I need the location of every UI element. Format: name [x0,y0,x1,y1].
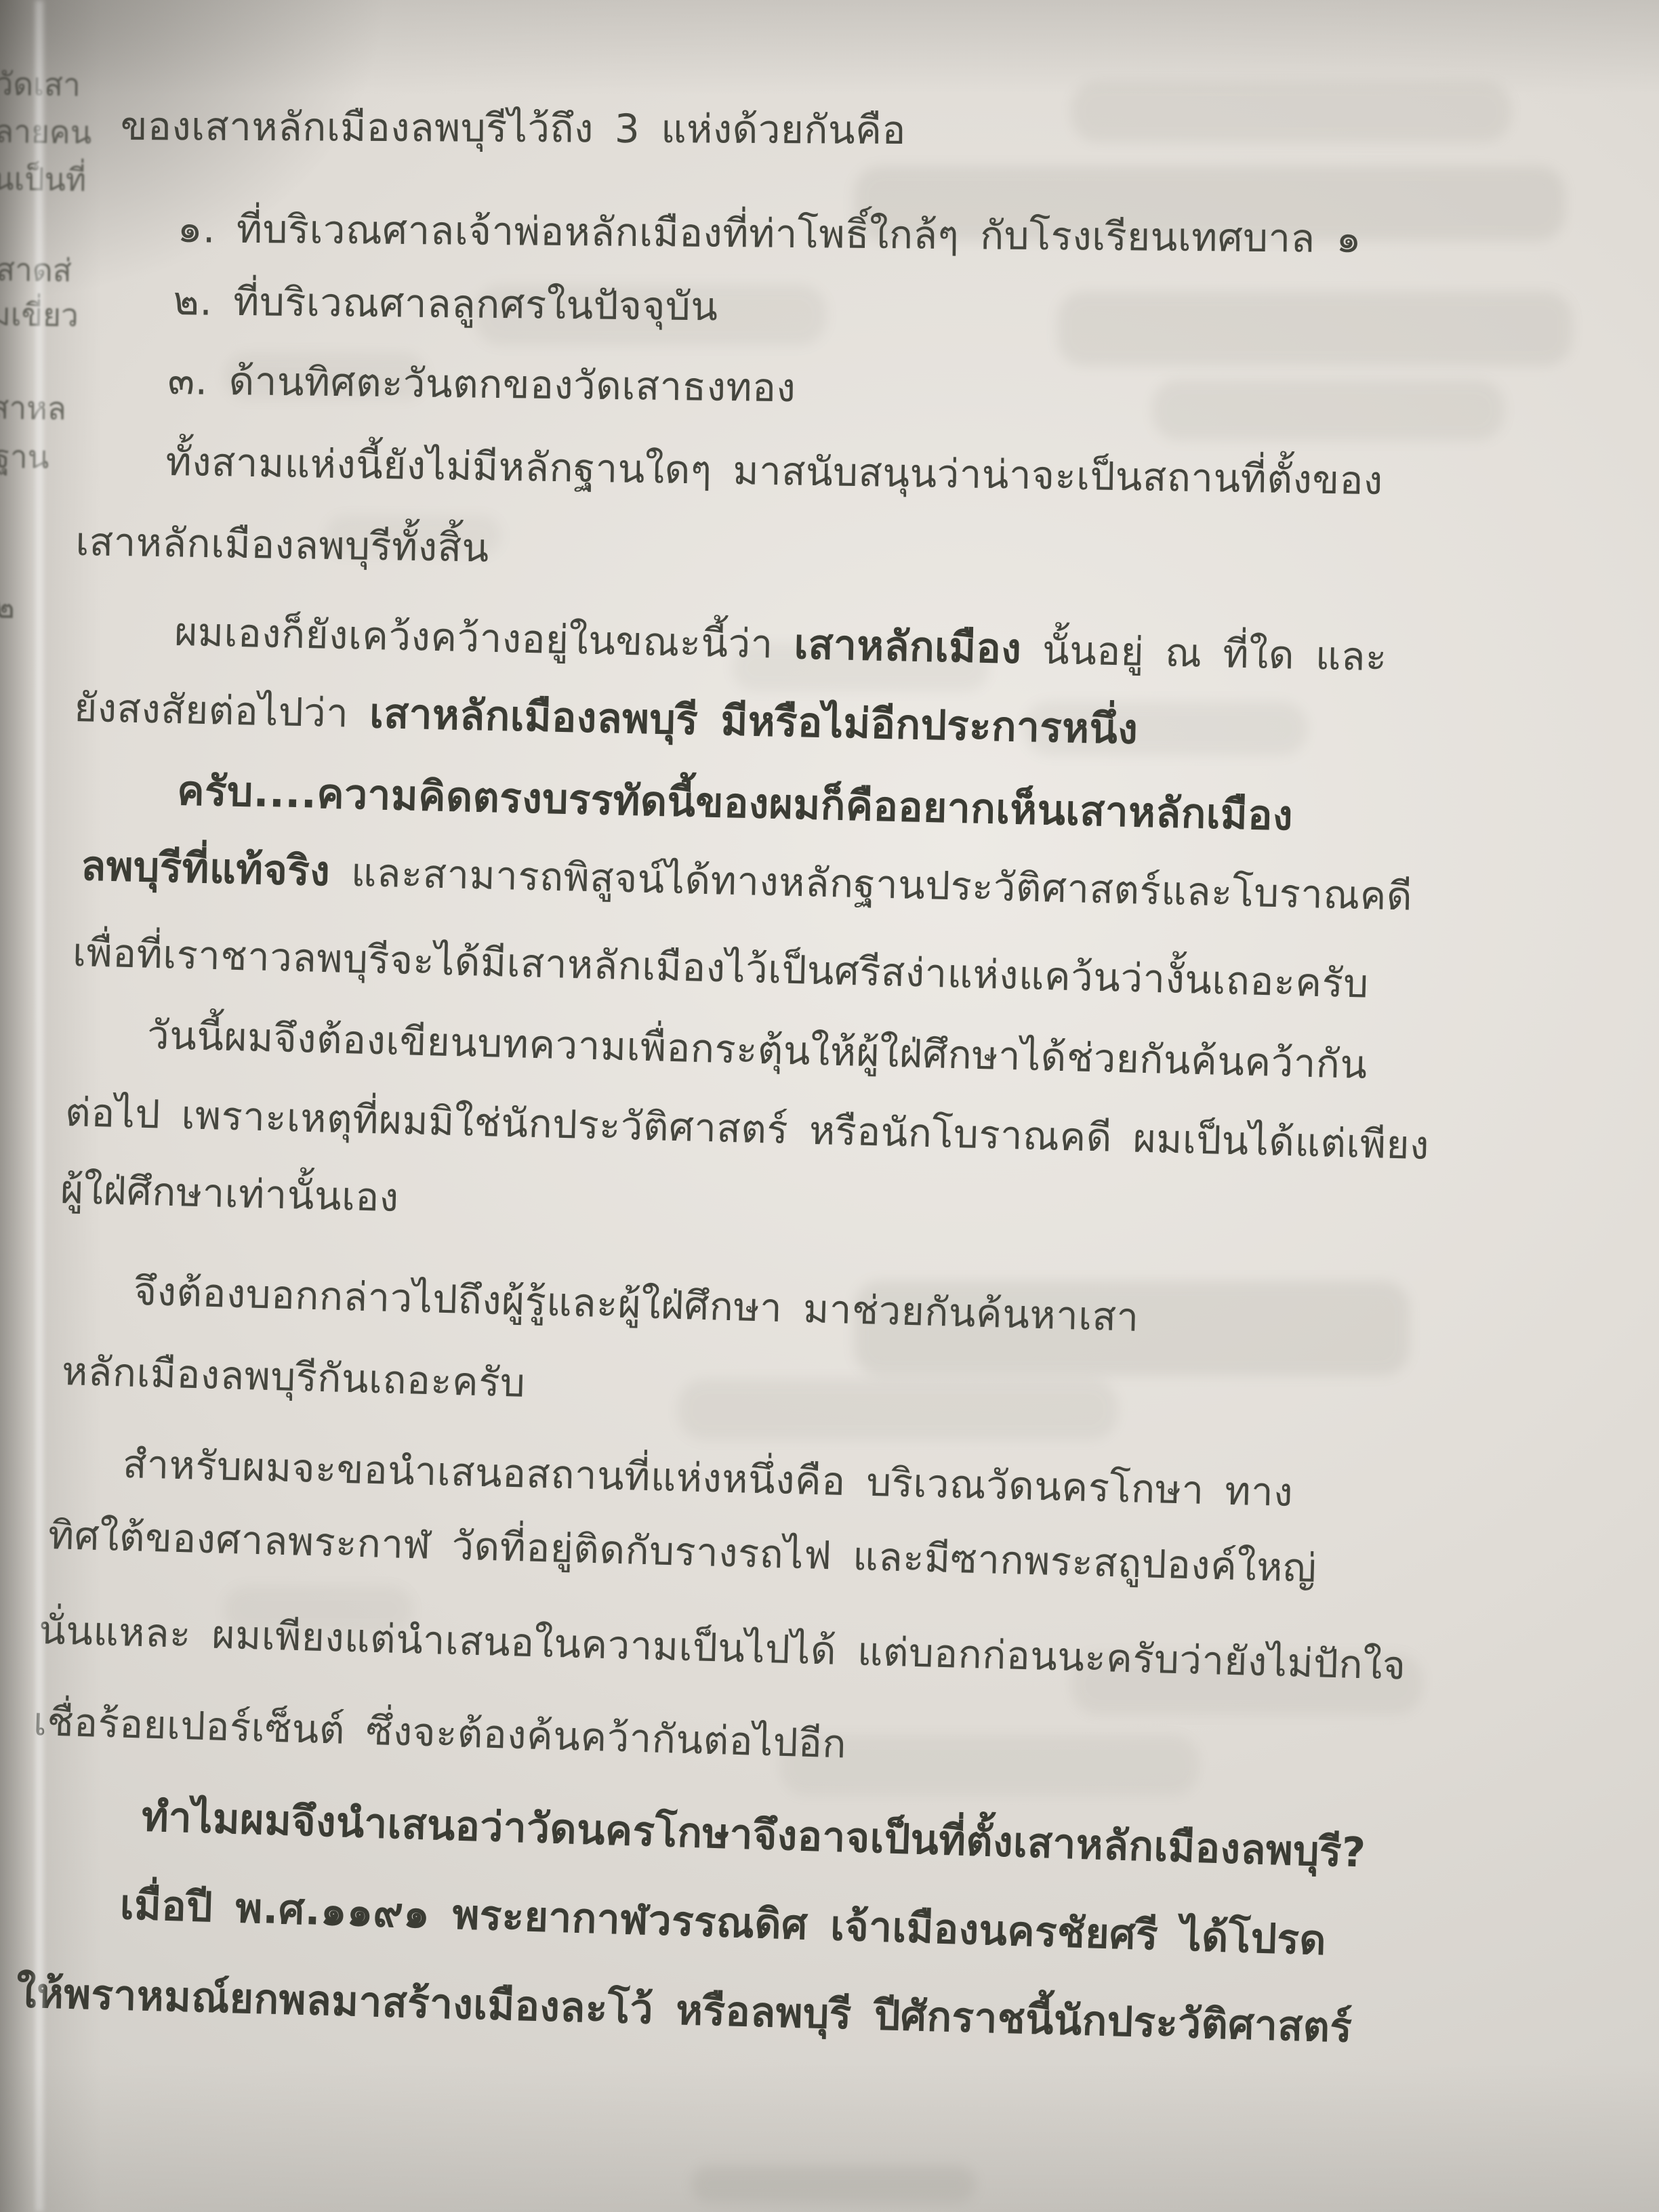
text-segment: ลพบุรีที่แท้จริง [81,842,331,895]
text-segment: ทิศใต้ของศาลพระกาฬ วัดที่อยู่ติดกับรางรถ… [47,1512,1317,1591]
text-line: นั่นแหละ ผมเพียงแต่นำเสนอในความเป็นไปได้… [38,1610,1406,1685]
text-segment: สำหรับผมจะขอนำเสนอสถานที่แห่งหนึ่งคือ บร… [122,1441,1293,1515]
text-line: ยังสงสัยต่อไปว่า เสาหลักเมืองลพบุรี มีหร… [74,687,1139,750]
text-segment: นั้นอยู่ ณ ที่ใด และ [1021,626,1387,680]
book-page-photo: { "content": { "lines": [ {"segs":[{"t":… [0,0,1659,2212]
text-line: สำหรับผมจะขอนำเสนอสถานที่แห่งหนึ่งคือ บร… [123,1444,1294,1512]
text-segment: ทำไมผมจึงนำเสนอว่าวัดนครโกษาจึงอาจเป็นที… [141,1793,1366,1877]
text-line: ทำไมผมจึงนำเสนอว่าวัดนครโกษาจึงอาจเป็นที… [141,1797,1366,1874]
text-line: ให้พราหมณ์ยกพลมาสร้างเมืองละโว้ หรือลพบุ… [16,1973,1353,2049]
ghost-smudge [1152,380,1504,441]
text-segment: ยังสงสัยต่อไปว่า [74,684,370,737]
page-photo: กวัดเสาหลายคนนั้นเป็นที่ที่สาดส่ามเขี่ยว… [0,0,1659,2212]
text-segment: ๒. ที่บริเวณศาลลูกศรในปัจจุบัน [173,278,718,329]
text-segment: หลักเมืองลพบุรีกันเถอะครับ [61,1348,526,1406]
text-line: เสาหลักเมืองลพบุรีทั้งสิ้น [75,522,489,568]
ghost-smudge [678,1379,1118,1440]
text-line: เชื่อร้อยเปอร์เซ็นต์ ซึ่งจะต้องค้นคว้ากั… [33,1702,846,1763]
text-segment: นั่นแหละ ผมเพียงแต่นำเสนอในความเป็นไปได้… [38,1607,1406,1689]
text-line: ของเสาหลักเมืองลพบุรีไว้ถึง 3 แห่งด้วยกั… [121,106,906,150]
text-line: ครับ....ความคิดตรงบรรทัดนี้ของผมก็คืออยา… [177,771,1294,837]
edge-fragment: ามเขี่ยว [0,298,79,331]
text-segment: ทั้งสามแห่งนี้ยังไม่มีหลักฐานใดๆ มาสนับส… [165,438,1383,504]
text-segment: ผมเองก็ยังเคว้งคว้างอยู่ในขณะนี้ว่า [174,609,795,668]
text-line: ๑. ที่บริเวณศาลเจ้าพ่อหลักเมืองที่ท่าโพธ… [177,209,1361,258]
text-segment: เสาหลักเมือง [794,621,1022,673]
text-segment: ๑. ที่บริเวณศาลเจ้าพ่อหลักเมืองที่ท่าโพธ… [177,205,1361,262]
ghost-smudge [691,2165,976,2203]
text-segment: และสามารถพิสูจน์ได้ทางหลักฐานประวัติศาสต… [329,848,1413,919]
text-line: ทิศใต้ของศาลพระกาฬ วัดที่อยู่ติดกับรางรถ… [47,1515,1317,1588]
text-line: เพื่อที่เราชาวลพบุรีจะได้มีเสาหลักเมืองไ… [73,933,1370,1004]
edge-fragment: กวัดเสา [0,68,81,100]
edge-fragment: ที่สาดส่ [0,253,72,286]
text-segment: ๓. ด้านทิศตะวันตกของวัดเสาธงทอง [167,357,796,411]
text-segment: ของเสาหลักเมืองลพบุรีไว้ถึง 3 แห่งด้วยกั… [121,103,906,153]
edge-fragment: นั้นเป็นที่ [0,163,87,195]
text-segment: เชื่อร้อยเปอร์เซ็นต์ ซึ่งจะต้องค้นคว้ากั… [33,1698,847,1767]
edge-fragment: เสาหล [0,392,66,424]
text-line: ลพบุรีที่แท้จริง และสามารถพิสูจน์ได้ทางห… [81,846,1413,917]
text-segment: จึงต้องบอกกล่าวไปถึงผู้รู้และผู้ใฝ่ศึกษา… [133,1268,1139,1340]
edge-fragment: หลายคน [0,115,91,148]
text-segment: ให้พราหมณ์ยกพลมาสร้างเมืองละโว้ หรือลพบุ… [16,1969,1353,2052]
text-segment: เพื่อที่เราชาวลพบุรีจะได้มีเสาหลักเมืองไ… [72,929,1369,1007]
text-segment: เสาหลักเมืองลพบุรีทั้งสิ้น [75,518,489,571]
text-segment: เมื่อปี พ.ศ.๑๑๙๑ พระยากาฬวรรณดิศ เจ้าเมื… [119,1881,1327,1965]
text-line: ผู้ใฝ่ศึกษาเท่านั้นเอง [60,1170,400,1217]
text-segment: ผู้ใฝ่ศึกษาเท่านั้นเอง [60,1166,399,1221]
text-segment: เสาหลักเมืองลพบุรี มีหรือไม่อีกประการหนึ… [369,690,1139,754]
text-line: หลักเมืองลพบุรีกันเถอะครับ [61,1351,526,1403]
text-segment: ครับ....ความคิดตรงบรรทัดนี้ของผมก็คืออยา… [177,767,1294,840]
ghost-smudge [1057,291,1572,366]
text-segment: วันนี้ผมจึงต้องเขียนบทความเพื่อกระตุ้นให… [146,1012,1368,1088]
text-line: ต่อไป เพราะเหตุที่ผมมิใช่นักประวัติศาสตร… [65,1092,1430,1165]
text-line: ๒. ที่บริเวณศาลลูกศรในปัจจุบัน [173,281,718,326]
text-line: วันนี้ผมจึงต้องเขียนบทความเพื่อกระตุ้นให… [147,1015,1368,1084]
text-line: เมื่อปี พ.ศ.๑๑๙๑ พระยากาฬวรรณดิศ เจ้าเมื… [119,1885,1327,1961]
ghost-smudge [1071,81,1511,142]
text-line: ทั้งสามแห่งนี้ยังไม่มีหลักฐานใดๆ มาสนับส… [165,442,1383,500]
text-line: ๓. ด้านทิศตะวันตกของวัดเสาธงทอง [167,361,796,407]
edge-fragment: ักฐาน [0,441,49,473]
text-segment: ต่อไป เพราะเหตุที่ผมมิใช่นักประวัติศาสตร… [64,1089,1429,1168]
edge-fragment: ๒ [0,591,15,622]
photo-shadow-top [0,0,1659,95]
